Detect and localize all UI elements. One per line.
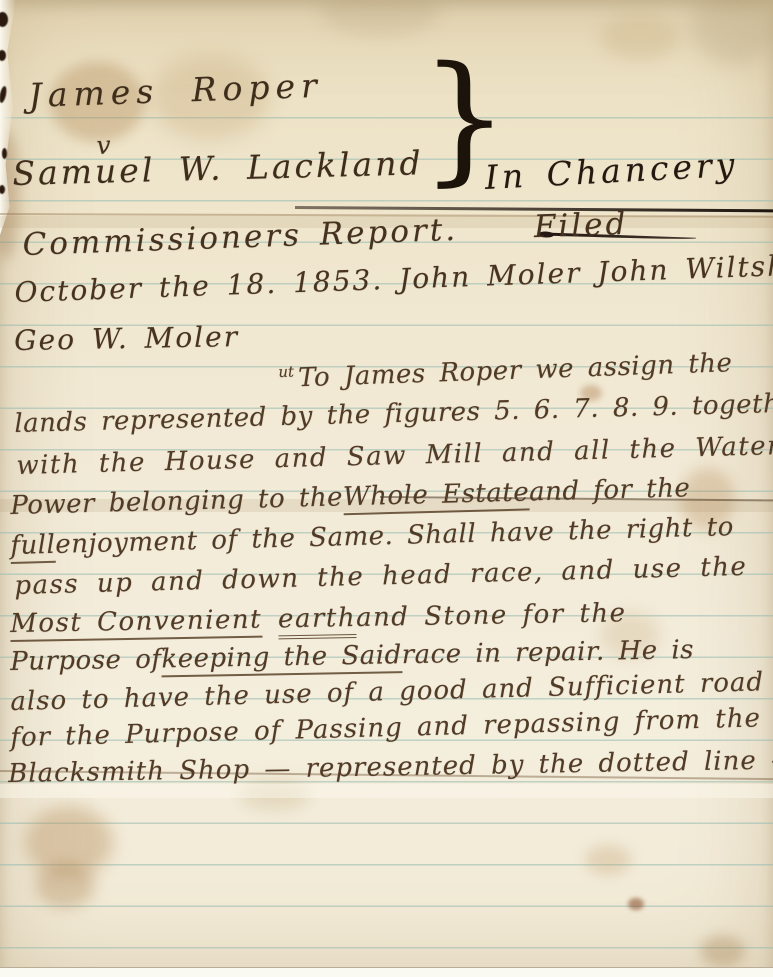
underlined-text: full [10, 531, 56, 564]
text-segment: To James Roper we assign the [298, 349, 733, 393]
stain [320, 0, 440, 35]
text-segment: Samuel W. Lackland [12, 145, 424, 192]
superscript-note: ut [278, 363, 294, 380]
text-segment: Commissioners Report. [22, 213, 459, 262]
torn-corner [0, 0, 16, 235]
caption-line-1: Commissioners Report. Filed [22, 207, 629, 262]
stain [25, 806, 113, 878]
caption-line-3: Geo W. Moler [14, 322, 239, 357]
text-segment: enjoyment of the Same. Shall have the ri… [55, 513, 734, 559]
text-segment: James Roper [28, 68, 323, 115]
stain [600, 14, 680, 59]
stain [700, 935, 745, 967]
body-line-2: lands represented by the figures 5. 6. 7… [14, 389, 773, 438]
underlined-text: Whole Estate [343, 478, 530, 514]
ink-spot [2, 148, 7, 159]
defendant-line: Samuel W. Lackland [12, 145, 424, 192]
page-edge-bottom [0, 967, 773, 977]
stain [585, 845, 631, 875]
text-segment: Geo W. Moler [14, 322, 239, 357]
text-segment: Blacksmith Shop — represented by the dot… [8, 746, 773, 788]
text-segment: Power belonging to the [10, 483, 343, 520]
stain [628, 898, 644, 910]
text-segment: and Stone for the [356, 599, 627, 632]
double-underlined-text: earth [278, 604, 357, 639]
document-page: James Roper v Samuel W. Lackland } In Ch… [0, 0, 773, 977]
text-segment: race in repair. He is [401, 636, 694, 670]
text-segment: In Chancery [484, 147, 739, 197]
body-line-11: Blacksmith Shop — represented by the dot… [8, 746, 773, 788]
text-segment: lands represented by the figures 5. 6. 7… [14, 389, 773, 438]
plaintiff-line: James Roper [28, 68, 323, 115]
stain [35, 862, 95, 908]
court-line: In Chancery [484, 147, 739, 197]
underlined-text: keeping the Said [161, 641, 402, 677]
body-line-1: utTo James Roper we assign the [278, 348, 733, 393]
underlined-text: Most Convenient [10, 606, 262, 642]
text-segment: and for the [529, 474, 691, 507]
stain [690, 0, 773, 65]
text-segment: Purpose of [10, 645, 162, 676]
text-segment: Filed [533, 207, 629, 244]
